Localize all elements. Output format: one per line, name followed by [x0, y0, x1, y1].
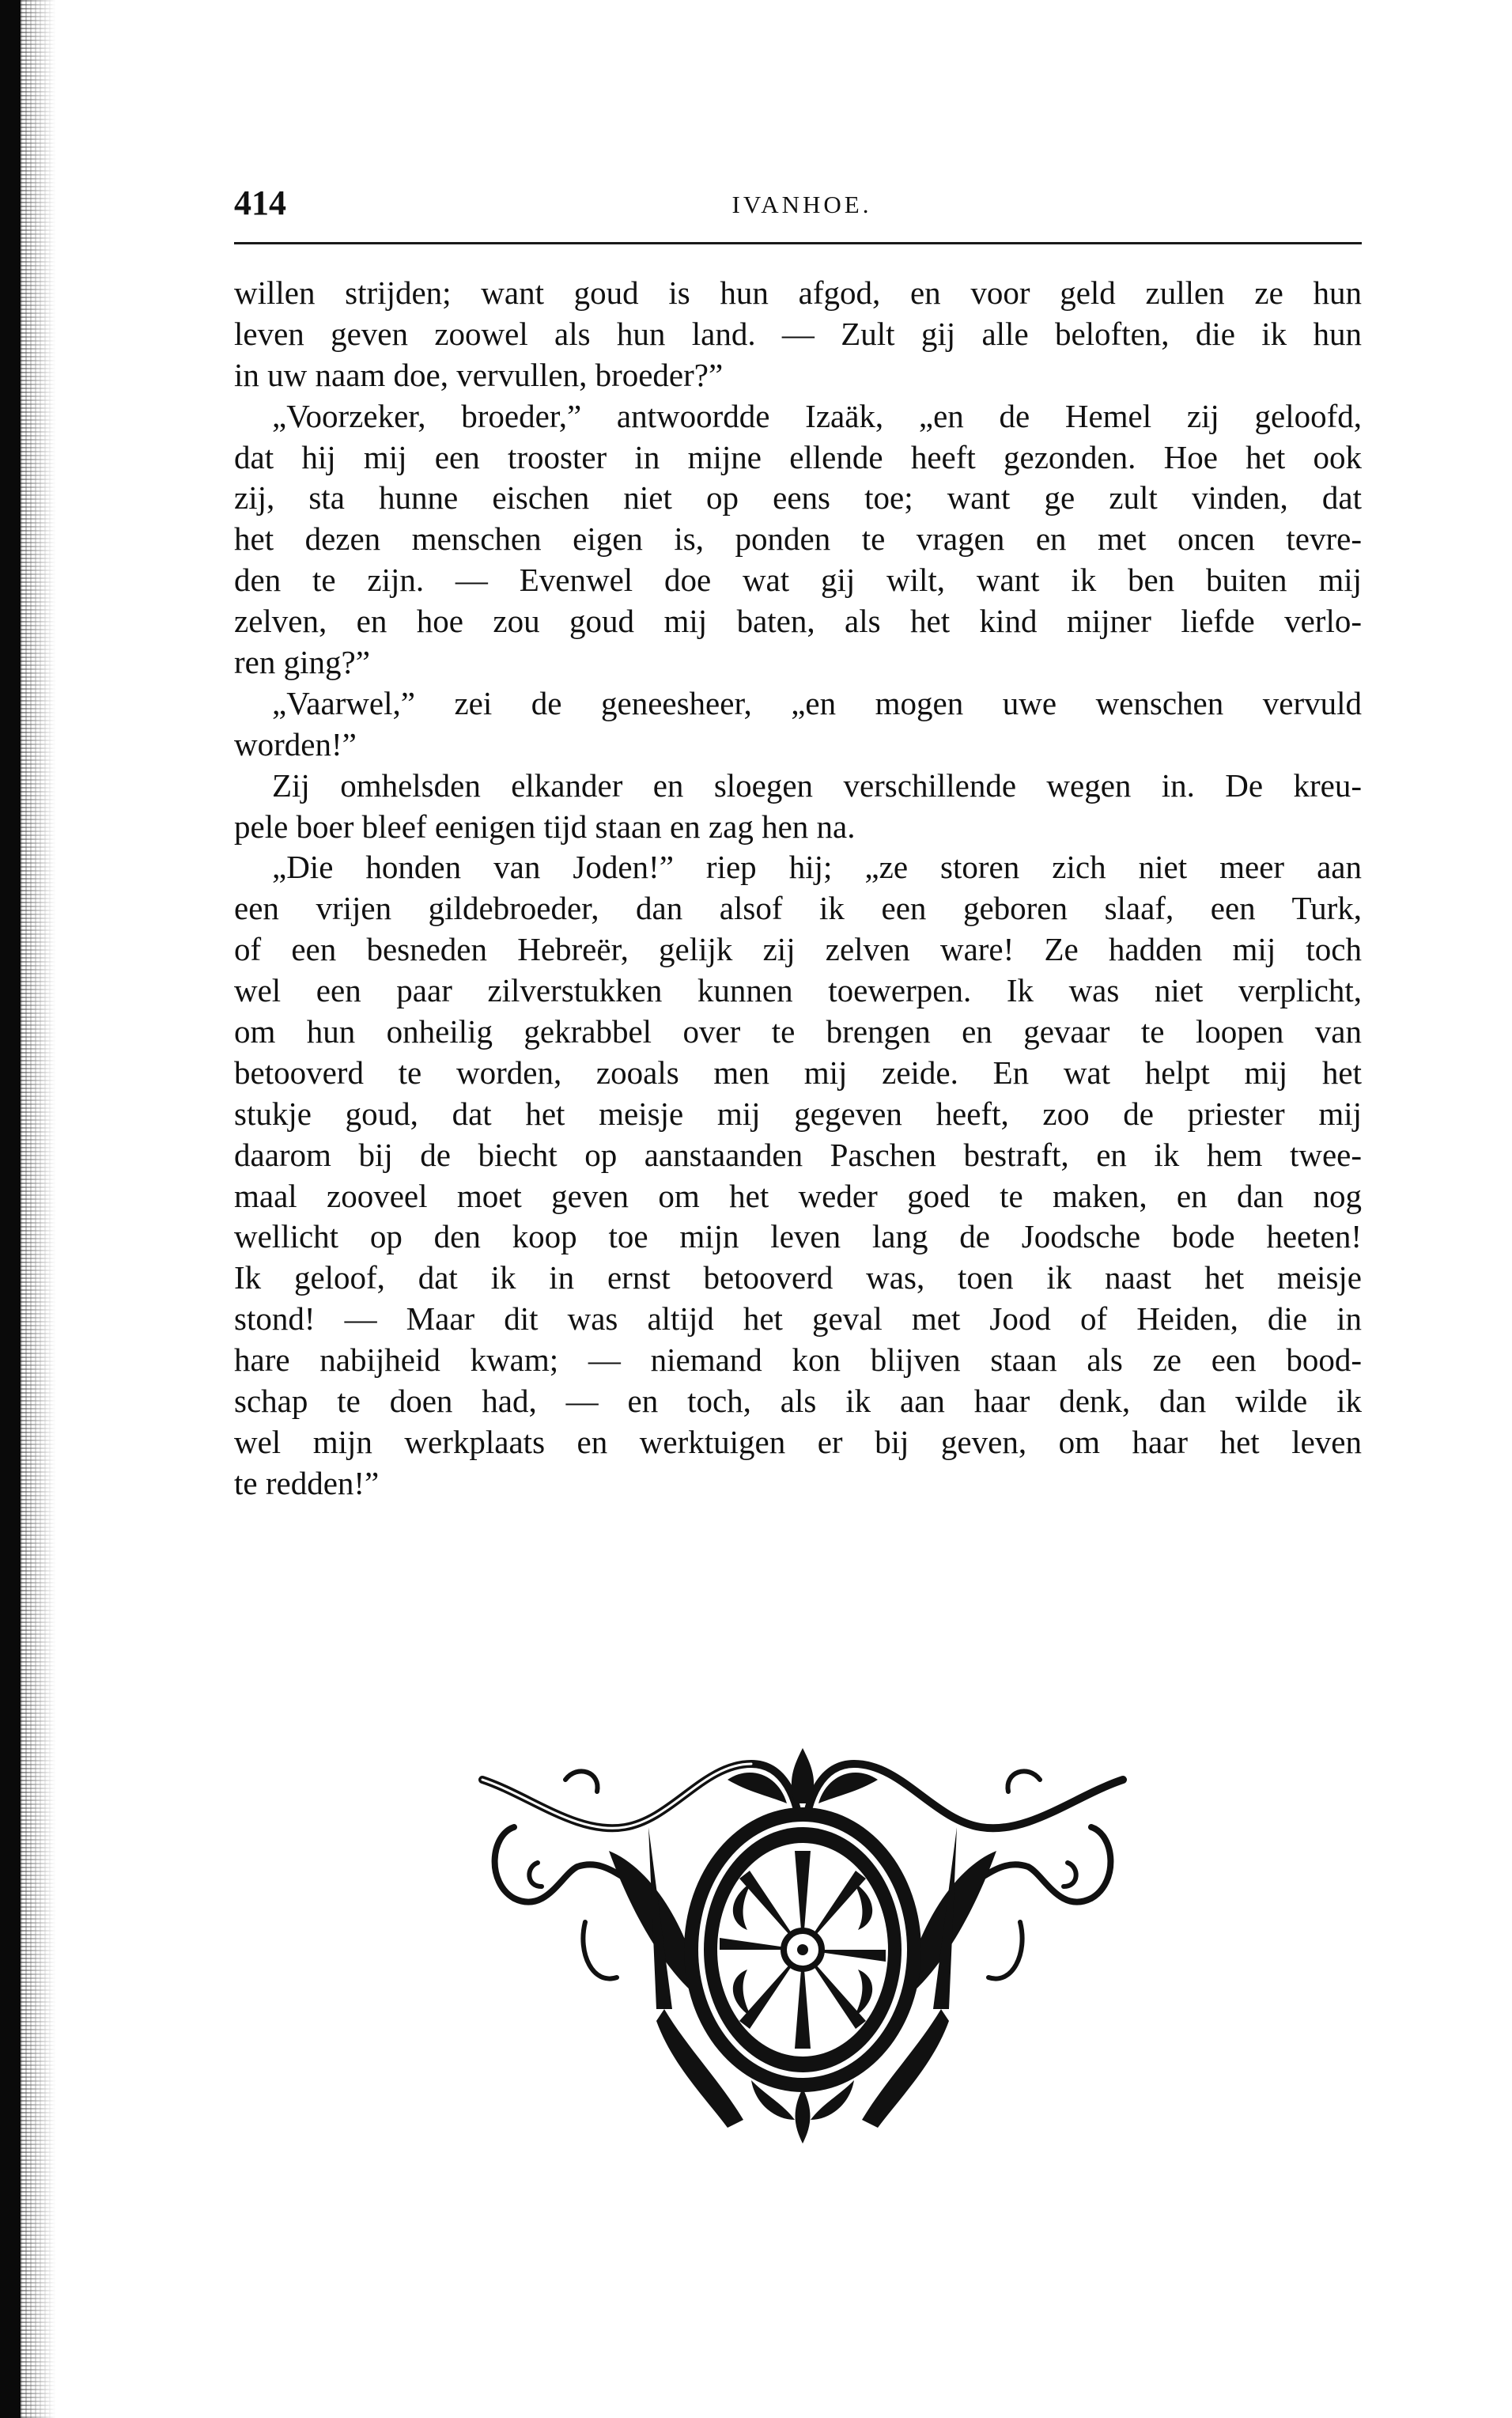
text-line: een vrijen gildebroeder, dan alsof ik ee…	[234, 888, 1362, 929]
text-line: wel een paar zilverstukken kunnen toewer…	[234, 971, 1362, 1012]
text-line: in uw naam doe, vervullen, broeder?”	[234, 355, 1362, 396]
text-line: willen strijden; want goud is hun afgod,…	[234, 273, 1362, 314]
text-line: hare nabijheid kwam; — niemand kon blijv…	[234, 1340, 1362, 1381]
text-line: ren ging?”	[234, 642, 1362, 683]
text-line: om hun onheilig gekrabbel over te brenge…	[234, 1012, 1362, 1053]
text-line: wel mijn werkplaats en werktuigen er bij…	[234, 1422, 1362, 1463]
text-line: leven geven zoowel als hun land. — Zult …	[234, 314, 1362, 355]
text-line: betooverd te worden, zooals men mij zeid…	[234, 1053, 1362, 1094]
text-line: stond! — Maar dit was altijd het geval m…	[234, 1299, 1362, 1340]
text-line: schap te doen had, — en toch, als ik aan…	[234, 1381, 1362, 1422]
text-line: den te zijn. — Evenwel doe wat gij wilt,…	[234, 560, 1362, 601]
page-header: 414 IVANHOE.	[234, 184, 1362, 223]
text-line: „Voorzeker, broeder,” antwoordde Izaäk, …	[234, 396, 1362, 437]
running-title: IVANHOE.	[234, 187, 1362, 223]
book-spine-shadow	[0, 0, 21, 2418]
text-line: pele boer bleef eenigen tijd staan en za…	[234, 807, 1362, 848]
text-line: Ik geloof, dat ik in ernst betooverd was…	[234, 1258, 1362, 1299]
scan-edge-noise	[21, 0, 56, 2418]
text-line: maal zooveel moet geven om het weder goe…	[234, 1176, 1362, 1217]
body-text: willen strijden; want goud is hun afgod,…	[234, 273, 1362, 1504]
text-line: zelven, en hoe zou goud mij baten, als h…	[234, 601, 1362, 642]
text-line: daarom bij de biecht op aanstaanden Pasc…	[234, 1135, 1362, 1176]
text-line: Zij omhelsden elkander en sloegen versch…	[234, 766, 1362, 807]
text-line: dat hij mij een trooster in mijne ellend…	[234, 437, 1362, 479]
text-line: worden!”	[234, 725, 1362, 766]
text-line: „Die honden van Joden!” riep hij; „ze st…	[234, 847, 1362, 888]
text-line: het dezen menschen eigen is, ponden te v…	[234, 519, 1362, 560]
text-line: wellicht op den koop toe mijn leven lang…	[234, 1217, 1362, 1258]
text-line: of een besneden Hebreër, gelijk zij zelv…	[234, 929, 1362, 971]
header-rule	[234, 242, 1362, 244]
text-line: stukje goud, dat het meisje mij gegeven …	[234, 1094, 1362, 1135]
text-line: te redden!”	[234, 1463, 1362, 1504]
text-line: „Vaarwel,” zei de geneesheer, „en mogen …	[234, 683, 1362, 725]
tailpiece-rosette-ornament-icon	[467, 1748, 1139, 2151]
text-line: zij, sta hunne eischen niet op eens toe;…	[234, 478, 1362, 519]
